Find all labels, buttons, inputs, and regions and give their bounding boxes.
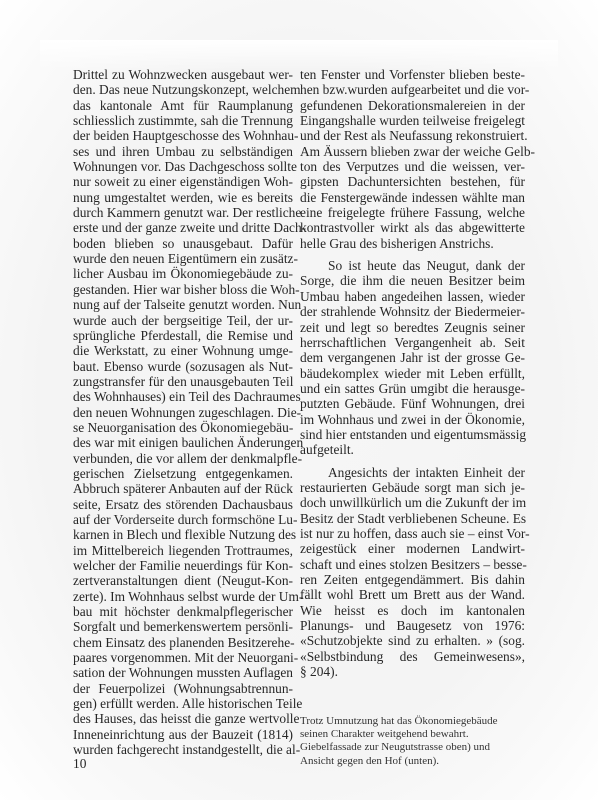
caption-line: seinen Charakter weitgehend bewahrt. xyxy=(300,728,530,741)
text-line: und der Rest als Neufassung rekonstruier… xyxy=(300,128,525,143)
text-line: ist nur zu hoffen, dass auch sie – einst… xyxy=(300,526,525,541)
text-line: wurde auch der bergseitige Teil, der ur- xyxy=(73,313,293,328)
text-line: nung auf der Talseite genutzt worden. Nu… xyxy=(73,297,293,312)
caption-line: Ansicht gegen den Hof (unten). xyxy=(300,755,530,768)
text-line: zerte). Im Wohnhaus selbst wurde der Um- xyxy=(73,589,293,604)
body-paragraph-3: Angesichts der intakten Einheit derresta… xyxy=(300,465,525,680)
text-line: ten Fenster und Vorfenster blieben beste… xyxy=(300,67,525,82)
text-line: schaft und eines stolzen Besitzers – bes… xyxy=(300,557,525,572)
text-line: welcher der Familie neuerdings für Kon- xyxy=(73,558,293,573)
text-line: schliesslich zustimmte, sah die Trennung xyxy=(73,113,293,128)
text-line: paares vorgenommen. Mit der Neuorgani- xyxy=(73,650,293,665)
text-line: das kantonale Amt für Raumplanung xyxy=(73,98,293,113)
text-line: auf der Vorderseite durch formschöne Lu- xyxy=(73,512,293,527)
text-line: zungstransfer für den unausgebauten Teil xyxy=(73,374,293,389)
text-line: Abbruch späterer Anbauten auf der Rück xyxy=(73,481,293,496)
text-line: § 204). xyxy=(300,664,525,679)
text-line: der beiden Hauptgeschosse des Wohnhau- xyxy=(73,128,293,143)
text-line: im Wohnhaus und zwei in der Ökonomie, xyxy=(300,412,525,427)
text-line: Eingangshalle wurden teilweise freigeleg… xyxy=(300,113,525,128)
text-line: eine freigelegte frühere Fassung, welche xyxy=(300,205,525,220)
text-line: bau mit höchster denkmalpflegerischer xyxy=(73,604,293,619)
text-line: den neuen Wohnungen zugeschlagen. Die- xyxy=(73,405,293,420)
text-line: erste und der ganze zweite und dritte Da… xyxy=(73,220,293,235)
text-line: zeigestück einer modernen Landwirt- xyxy=(300,541,525,556)
figure-caption: Trotz Umnutzung hat das Ökonomiegebäudes… xyxy=(300,715,530,768)
text-line: «Selbstbindung des Gemeinwesens», xyxy=(300,649,525,664)
text-line: ses und ihren Umbau zu selbständigen xyxy=(73,144,293,159)
text-line: Wohnungen vor. Das Dachgeschoss sollte xyxy=(73,159,293,174)
text-line: wurde den neuen Eigentümern ein zusätz- xyxy=(73,251,293,266)
text-line: chem Einsatz des planenden Besitzerehe- xyxy=(73,635,293,650)
text-line: boden blieben so unausgebaut. Dafür xyxy=(73,236,293,251)
text-line: gen) erfüllt werden. Alle historischen T… xyxy=(73,696,293,711)
text-line: sind hier entstanden und eigentumsmässig xyxy=(300,427,525,442)
text-line: hen bzw.wurden aufgearbeitet und die vor… xyxy=(300,82,525,97)
text-line: doch unwillkürlich um die Zukunft der im xyxy=(300,495,525,510)
text-line: restaurierten Gebäude sorgt man sich je- xyxy=(300,480,525,495)
text-line: «Schutzobjekte sind zu erhalten. » (sog. xyxy=(300,633,525,648)
text-line: Wie heisst es doch im kantonalen xyxy=(300,603,525,618)
text-line: Planungs- und Baugesetz von 1976: xyxy=(300,618,525,633)
text-line: sprüngliche Pferdestall, die Remise und xyxy=(73,328,293,343)
text-line: der strahlende Wohnsitz der Biedermeier- xyxy=(300,304,525,319)
text-line: licher Ausbau im Ökonomiegebäude zu- xyxy=(73,266,293,281)
text-line: verbunden, die vor allem der denkmalpfle… xyxy=(73,451,293,466)
text-line: nung umgestaltet werden, wie es bereits xyxy=(73,190,293,205)
text-line: durch Kammern genutzt war. Der restliche xyxy=(73,205,293,220)
text-line: Inneneinrichtung aus der Bauzeit (1814) xyxy=(73,727,293,742)
text-line: seite, Ersatz des störenden Dachausbaus xyxy=(73,497,293,512)
text-line: karnen in Blech und flexible Nutzung des xyxy=(73,527,293,542)
text-line: gestanden. Hier war bisher bloss die Woh… xyxy=(73,282,293,297)
text-line: Angesichts der intakten Einheit der xyxy=(300,465,525,480)
text-line: herrschaftlichen Vergangenheit ab. Seit xyxy=(300,335,525,350)
text-line: baut. Ebenso wurde (sozusagen als Nut- xyxy=(73,359,293,374)
text-line: Umbau haben angedeihen lassen, wieder xyxy=(300,289,525,304)
text-line: zertveranstaltungen dient (Neugut-Kon- xyxy=(73,573,293,588)
text-line: So ist heute das Neugut, dank der xyxy=(300,258,525,273)
text-line: gipsten Dachuntersichten bestehen, für xyxy=(300,174,525,189)
text-line: Sorgfalt und bemerkenswertem persönli- xyxy=(73,619,293,634)
text-line: gerischen Zielsetzung entgegenkamen. xyxy=(73,466,293,481)
text-line: putzten Gebäude. Fünf Wohnungen, drei xyxy=(300,396,525,411)
text-line: sation der Wohnungen mussten Auflagen xyxy=(73,665,293,680)
body-paragraph-2: So ist heute das Neugut, dank derSorge, … xyxy=(300,258,525,457)
text-line: gefundenen Dekorationsmalereien in der xyxy=(300,98,525,113)
text-line: Besitz der Stadt verbliebenen Scheune. E… xyxy=(300,511,525,526)
text-line: der Feuerpolizei (Wohnungsabtrennun- xyxy=(73,681,293,696)
text-line: ton des Verputzes und die weissen, ver- xyxy=(300,159,525,174)
text-line: aufgeteilt. xyxy=(300,442,525,457)
text-line: bäudekomplex wieder mit Leben erfüllt, xyxy=(300,366,525,381)
text-line: des war mit einigen baulichen Änderungen xyxy=(73,435,293,450)
text-line: helle Grau des bisherigen Anstrichs. xyxy=(300,236,525,251)
text-line: nur soweit zu einer eigenständigen Woh- xyxy=(73,174,293,189)
text-line: zeit und legt so beredtes Zeugnis seiner xyxy=(300,320,525,335)
text-line: die Fenstergewände indessen wählte man xyxy=(300,190,525,205)
body-paragraph: Drittel zu Wohnzwecken ausgebaut wer-den… xyxy=(73,67,293,757)
text-line: Sorge, die ihm die neuen Besitzer beim xyxy=(300,273,525,288)
text-line: des Hauses, das heisst die ganze wertvol… xyxy=(73,711,293,726)
body-paragraph-1: ten Fenster und Vorfenster blieben beste… xyxy=(300,67,525,251)
page-number: 10 xyxy=(73,756,86,772)
text-line: dem vergangenen Jahr ist der grosse Ge- xyxy=(300,350,525,365)
left-text-column: Drittel zu Wohnzwecken ausgebaut wer-den… xyxy=(73,67,293,757)
text-line: des Wohnhauses) ein Teil des Dachraumes xyxy=(73,389,293,404)
text-line: im Mittelbereich liegenden Trottraumes, xyxy=(73,543,293,558)
text-line: wurden fachgerecht instandgestellt, die … xyxy=(73,742,293,757)
text-line: die Werkstatt, zu einer Wohnung umge- xyxy=(73,343,293,358)
caption-line: Trotz Umnutzung hat das Ökonomiegebäude xyxy=(300,715,530,728)
text-line: se Neuorganisation des Ökonomiegebäu- xyxy=(73,420,293,435)
text-line: Am Äussern blieben zwar der weiche Gelb- xyxy=(300,144,525,159)
caption-line: Giebelfassade zur Neugutstrasse oben) un… xyxy=(300,741,530,754)
text-line: und ein sattes Grün umgibt die herausge- xyxy=(300,381,525,396)
text-line: den. Das neue Nutzungskonzept, welchem xyxy=(73,82,293,97)
text-line: kontrastvoller wirkt als das abgewittert… xyxy=(300,220,525,235)
page-shadow xyxy=(40,40,558,70)
text-line: Drittel zu Wohnzwecken ausgebaut wer- xyxy=(73,67,293,82)
right-text-column: ten Fenster und Vorfenster blieben beste… xyxy=(300,67,525,679)
book-page: Drittel zu Wohnzwecken ausgebaut wer-den… xyxy=(0,0,598,800)
text-line: ren Zeiten entgegendämmert. Bis dahin xyxy=(300,572,525,587)
text-line: fällt wohl Brett um Brett aus der Wand. xyxy=(300,587,525,602)
